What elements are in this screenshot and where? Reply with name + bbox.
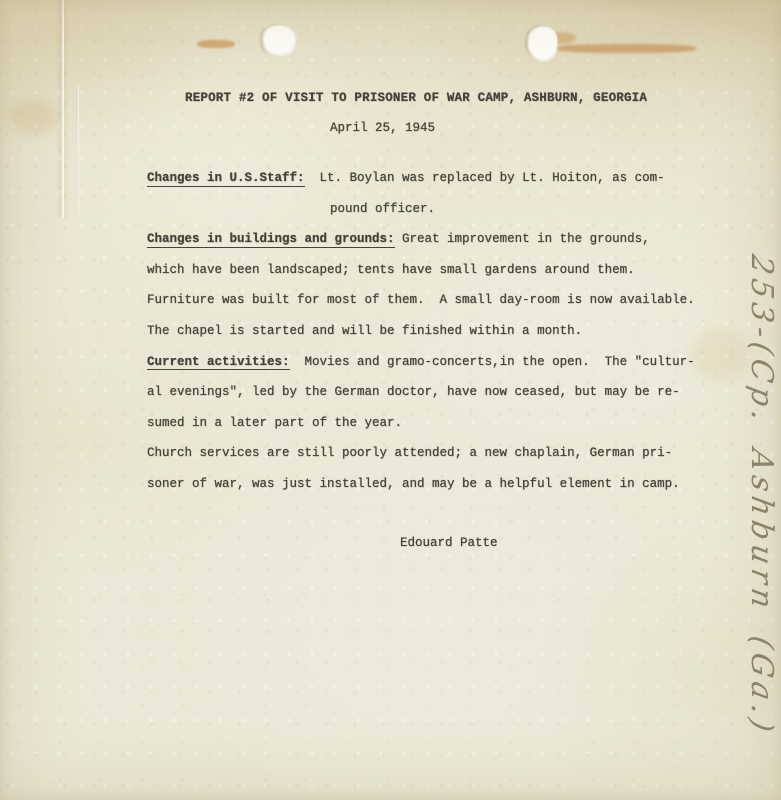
handwritten-margin-note: 253-(Cp. Ashburn (Ga.) — [733, 250, 779, 800]
document-line: Furniture was built for most of them. A … — [147, 285, 747, 316]
scanned-document-page: REPORT #2 OF VISIT TO PRISONER OF WAR CA… — [0, 0, 781, 800]
rust-stain — [197, 40, 235, 48]
document-line: Church services are still poorly attende… — [147, 438, 747, 469]
document-line: Changes in U.S.Staff: Lt. Boylan was rep… — [147, 163, 747, 194]
section-heading: Changes in buildings and grounds: — [147, 232, 395, 248]
paper-crease — [62, 0, 64, 218]
document-title: REPORT #2 OF VISIT TO PRISONER OF WAR CA… — [185, 91, 647, 105]
document-line: which have been landscaped; tents have s… — [147, 255, 747, 286]
section-heading: Current activities: — [147, 355, 290, 371]
document-line: Changes in buildings and grounds: Great … — [147, 224, 747, 255]
document-line: Current activities: Movies and gramo-con… — [147, 347, 747, 378]
section-heading: Changes in U.S.Staff: — [147, 171, 305, 187]
document-line: pound officer. — [147, 194, 747, 225]
rust-stain — [556, 44, 696, 53]
document-line: al evenings", led by the German doctor, … — [147, 377, 747, 408]
foxing-stain — [8, 100, 58, 134]
paper-crease — [78, 85, 79, 215]
document-line: sumed in a later part of the year. — [147, 408, 747, 439]
document-body: Changes in U.S.Staff: Lt. Boylan was rep… — [147, 163, 747, 500]
document-line: The chapel is started and will be finish… — [147, 316, 747, 347]
document-date: April 25, 1945 — [330, 121, 435, 135]
document-line: soner of war, was just installed, and ma… — [147, 469, 747, 500]
signature: Edouard Patte — [400, 536, 498, 550]
